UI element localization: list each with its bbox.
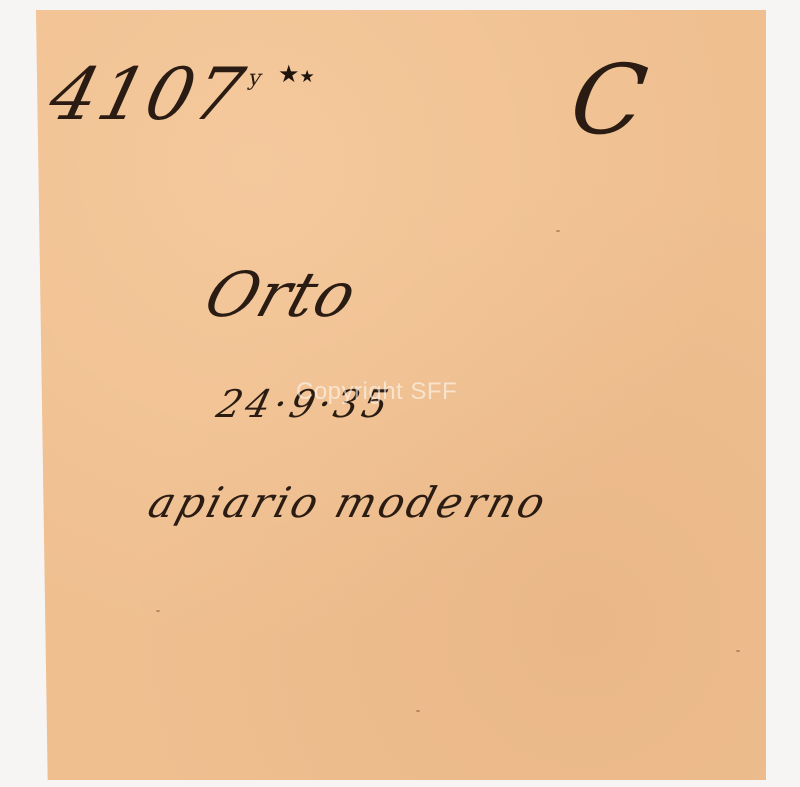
paper-fleck bbox=[416, 710, 420, 712]
paper-fleck bbox=[736, 650, 740, 652]
paper-fleck bbox=[556, 230, 560, 232]
catalog-number: 4107y bbox=[42, 52, 269, 136]
description-text: apiario moderno bbox=[143, 478, 554, 527]
paper-fleck bbox=[156, 610, 160, 612]
copyright-watermark: Copyright SFF bbox=[296, 378, 457, 406]
location-text: Orto bbox=[196, 258, 366, 331]
class-letter: C bbox=[564, 44, 654, 156]
catalog-number-text: 4107 bbox=[42, 52, 254, 136]
star-marks-icon: ★★ bbox=[278, 60, 315, 88]
